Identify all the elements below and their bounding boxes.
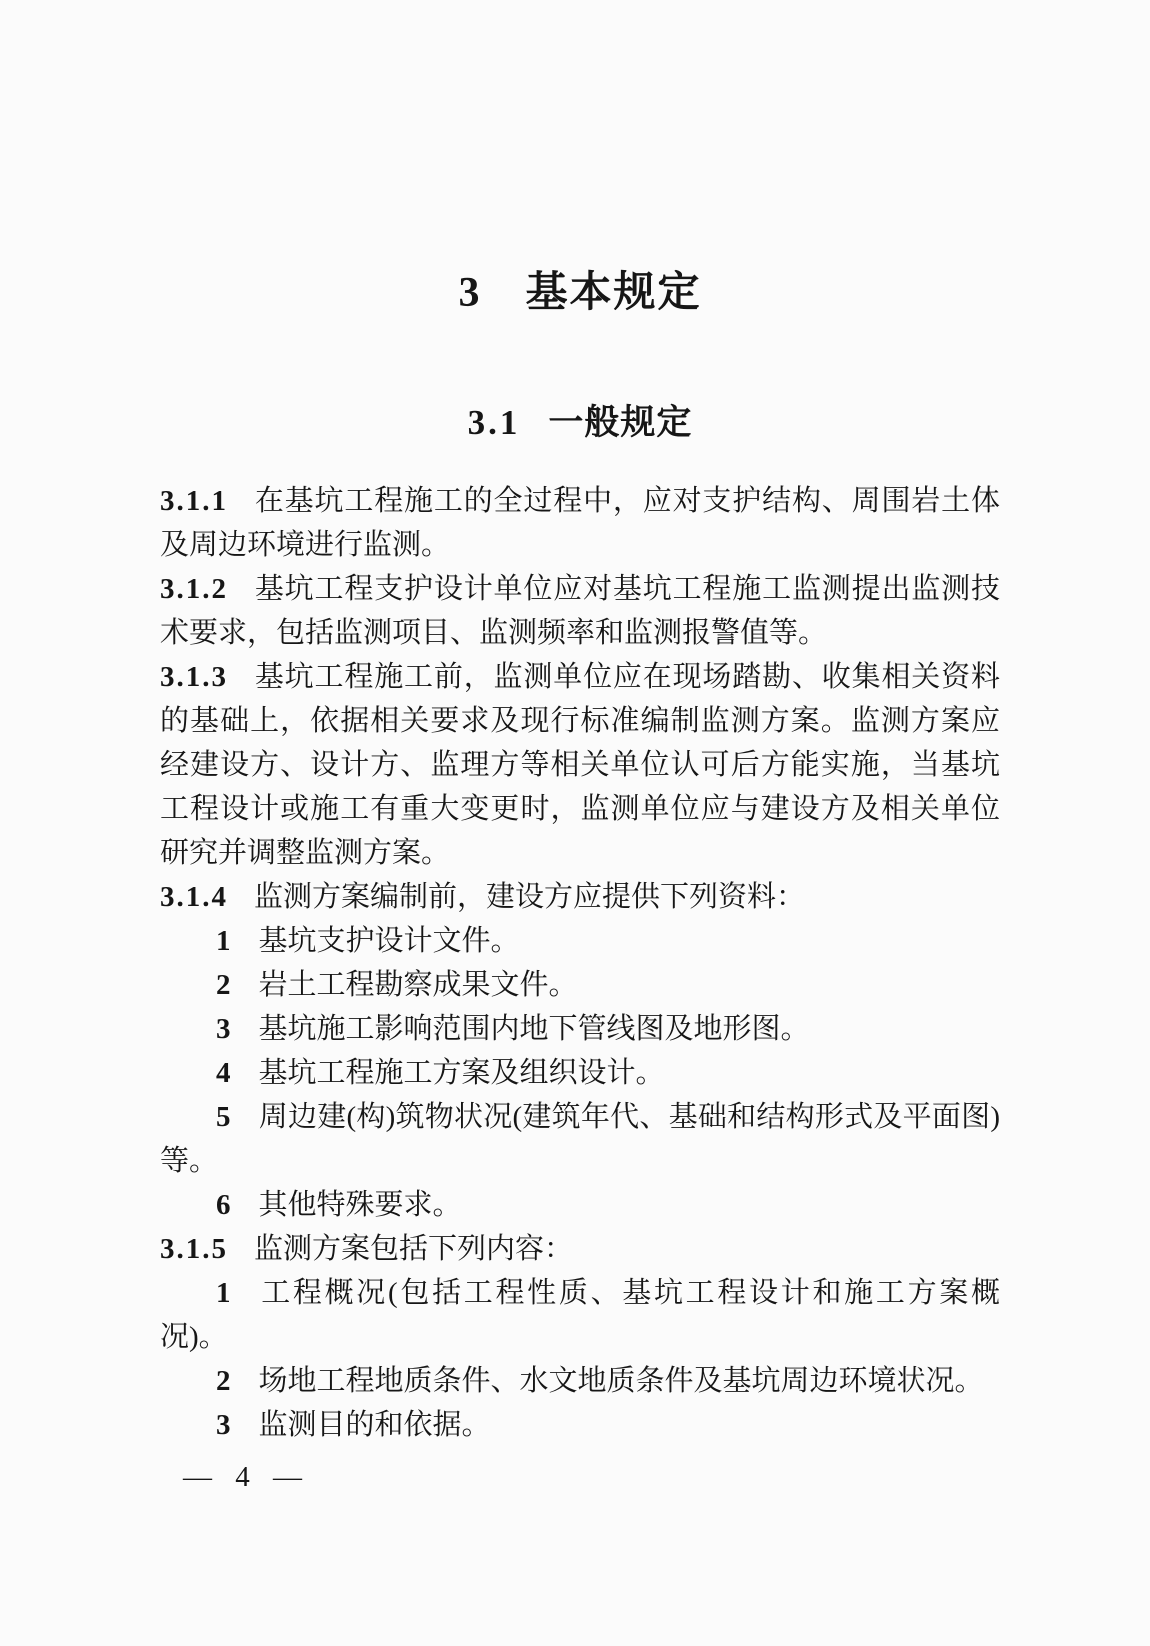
section-heading-text: 一般规定 — [548, 403, 692, 442]
list-item-text: 基坑支护设计文件。 — [259, 925, 520, 957]
clause-text: 基坑工程支护设计单位应对基坑工程施工监测提出监测技术要求，包括监测项目、监测频率… — [160, 573, 1000, 649]
list-item-number: 5 — [216, 1101, 231, 1133]
clause-text: 基坑工程施工前，监测单位应在现场踏勘、收集相关资料的基础上，依据相关要求及现行标… — [160, 661, 1000, 869]
page-footer: — 4 — — [183, 1460, 303, 1494]
list-item-number: 2 — [216, 969, 231, 1001]
document-page: 3基本规定 3.1一般规定 3.1.1在基坑工程施工的全过程中，应对支护结构、周… — [0, 0, 1150, 1646]
list-item-3-1-4-5: 5周边建(构)筑物状况(建筑年代、基础和结构形式及平面图)等。 — [160, 1095, 1000, 1183]
chapter-title: 3基本规定 — [160, 268, 1000, 318]
clause-number: 3.1.3 — [160, 661, 228, 693]
list-item-text: 场地工程地质条件、水文地质条件及基坑周边环境状况。 — [259, 1365, 984, 1397]
list-item-text: 基坑施工影响范围内地下管线图及地形图。 — [259, 1013, 810, 1045]
list-item-3-1-5-1: 1工程概况(包括工程性质、基坑工程设计和施工方案概况)。 — [160, 1271, 1000, 1359]
page-number: — 4 — — [183, 1461, 303, 1493]
clause-3-1-3: 3.1.3基坑工程施工前，监测单位应在现场踏勘、收集相关资料的基础上，依据相关要… — [160, 655, 1000, 875]
clause-3-1-2: 3.1.2基坑工程支护设计单位应对基坑工程施工监测提出监测技术要求，包括监测项目… — [160, 567, 1000, 655]
list-item-3-1-5-3: 3监测目的和依据。 — [160, 1403, 1000, 1447]
clause-text: 监测方案编制前，建设方应提供下列资料： — [254, 881, 805, 913]
list-item-text: 岩土工程勘察成果文件。 — [259, 969, 578, 1001]
clause-number: 3.1.2 — [160, 573, 228, 605]
page-content: 3基本规定 3.1一般规定 3.1.1在基坑工程施工的全过程中，应对支护结构、周… — [0, 0, 1150, 1447]
section-number: 3.1 — [468, 403, 521, 442]
list-item-text: 周边建(构)筑物状况(建筑年代、基础和结构形式及平面图)等。 — [160, 1101, 1000, 1177]
clause-3-1-5: 3.1.5监测方案包括下列内容： — [160, 1227, 1000, 1271]
list-item-number: 1 — [216, 925, 231, 957]
clauses-body: 3.1.1在基坑工程施工的全过程中，应对支护结构、周围岩土体及周边环境进行监测。… — [160, 479, 1000, 1447]
clause-3-1-4: 3.1.4监测方案编制前，建设方应提供下列资料： — [160, 875, 1000, 919]
chapter-title-text: 基本规定 — [525, 270, 701, 316]
list-item-text: 监测目的和依据。 — [259, 1409, 491, 1441]
list-item-number: 1 — [216, 1277, 231, 1309]
list-item-number: 3 — [216, 1409, 231, 1441]
list-item-3-1-4-6: 6其他特殊要求。 — [160, 1183, 1000, 1227]
clause-number: 3.1.5 — [160, 1233, 228, 1265]
list-item-3-1-5-2: 2场地工程地质条件、水文地质条件及基坑周边环境状况。 — [160, 1359, 1000, 1403]
clause-text: 在基坑工程施工的全过程中，应对支护结构、周围岩土体及周边环境进行监测。 — [160, 485, 1000, 561]
list-item-number: 3 — [216, 1013, 231, 1045]
list-item-number: 2 — [216, 1365, 231, 1397]
list-item-3-1-4-1: 1基坑支护设计文件。 — [160, 919, 1000, 963]
list-item-text: 基坑工程施工方案及组织设计。 — [259, 1057, 665, 1089]
list-item-3-1-4-4: 4基坑工程施工方案及组织设计。 — [160, 1051, 1000, 1095]
clause-3-1-1: 3.1.1在基坑工程施工的全过程中，应对支护结构、周围岩土体及周边环境进行监测。 — [160, 479, 1000, 567]
section-heading: 3.1一般规定 — [160, 403, 1000, 443]
list-item-number: 6 — [216, 1189, 231, 1221]
clause-number: 3.1.4 — [160, 881, 228, 913]
chapter-number: 3 — [458, 270, 481, 316]
list-item-text: 其他特殊要求。 — [259, 1189, 462, 1221]
clause-number: 3.1.1 — [160, 485, 228, 517]
clause-text: 监测方案包括下列内容： — [254, 1233, 573, 1265]
list-item-3-1-4-2: 2岩土工程勘察成果文件。 — [160, 963, 1000, 1007]
list-item-text: 工程概况(包括工程性质、基坑工程设计和施工方案概况)。 — [160, 1277, 1000, 1353]
list-item-3-1-4-3: 3基坑施工影响范围内地下管线图及地形图。 — [160, 1007, 1000, 1051]
list-item-number: 4 — [216, 1057, 231, 1089]
